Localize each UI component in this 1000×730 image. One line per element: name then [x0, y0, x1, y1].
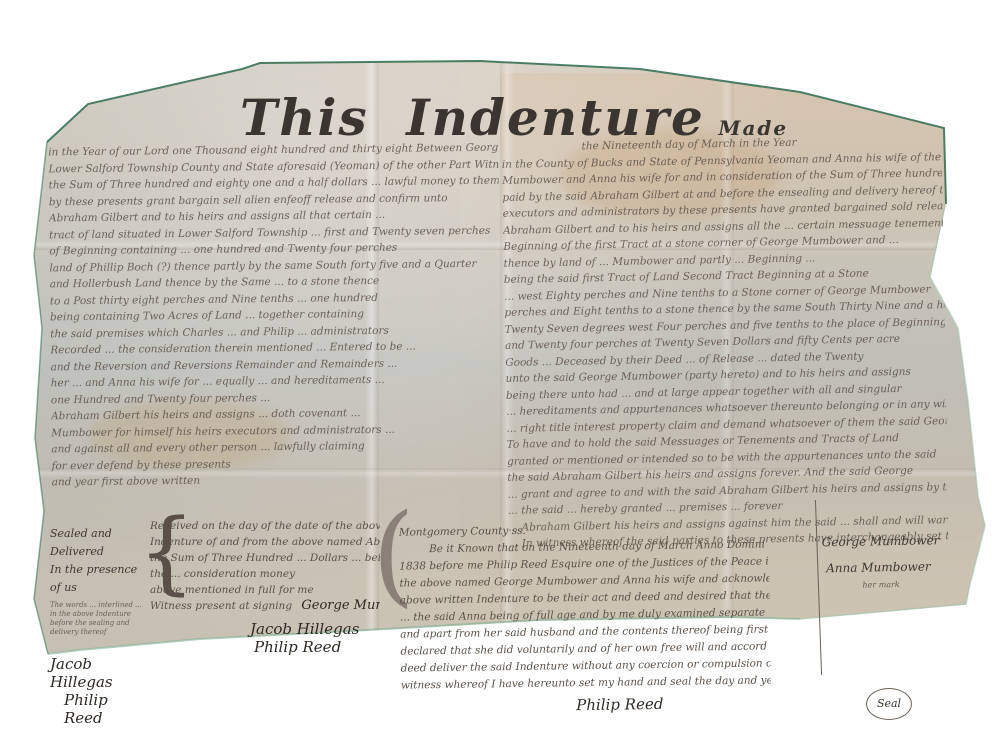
sealed-delivered-block: Sealed and Delivered In the presence of …	[50, 525, 150, 727]
sealed-label: Sealed and Delivered	[50, 525, 150, 561]
receipt-signer-signature: George Mumbower	[301, 598, 380, 613]
grantor-signature: Anna Mumbower	[826, 553, 972, 582]
justice-signature: Philip Reed	[576, 693, 771, 714]
receipt-witness-label: Witness present at signing	[150, 600, 292, 612]
receipt-line: the ... consideration money	[150, 566, 380, 582]
receipt-line: Received on the day of the date of the a…	[150, 518, 380, 534]
grantor-signatures: George Mumbower Anna Mumbower her mark	[821, 527, 972, 591]
receipt-line: above mentioned in full for me	[150, 582, 380, 598]
receipt-block: Received on the day of the date of the a…	[150, 518, 380, 656]
deed-body-left: in the Year of our Lord one Thousand eig…	[48, 140, 502, 491]
witness-signature: Jacob Hillegas	[50, 655, 150, 691]
deed-body-right: the Nineteenth day of March in the Year …	[501, 132, 948, 552]
grantor-signature: George Mumbower	[821, 527, 971, 556]
receipt-witness-signature: Philip Reed	[254, 638, 380, 656]
receipt-line: the Sum of Three Hundred ... Dollars ...…	[150, 550, 380, 566]
witness-signature: Philip Reed	[64, 691, 150, 727]
acknowledgment-block: Montgomery County ss. Be it Known that o…	[399, 519, 772, 716]
receipt-line: Indenture of and from the above named Ab…	[150, 534, 380, 550]
age-stain	[260, 690, 320, 720]
receipt-witness-signature: Jacob Hillegas	[250, 620, 380, 638]
witness-note: The words ... interlined ... in the abov…	[50, 601, 150, 637]
receipt-line: Witness present at signing George Mumbow…	[150, 598, 380, 614]
seal-mark: Seal	[866, 688, 912, 720]
document-scan: This Indenture Made in the Year of our L…	[0, 0, 1000, 730]
mark-label: her mark	[862, 579, 972, 590]
presence-label: In the presence of us	[50, 561, 150, 597]
title-word-this: This	[240, 88, 369, 147]
